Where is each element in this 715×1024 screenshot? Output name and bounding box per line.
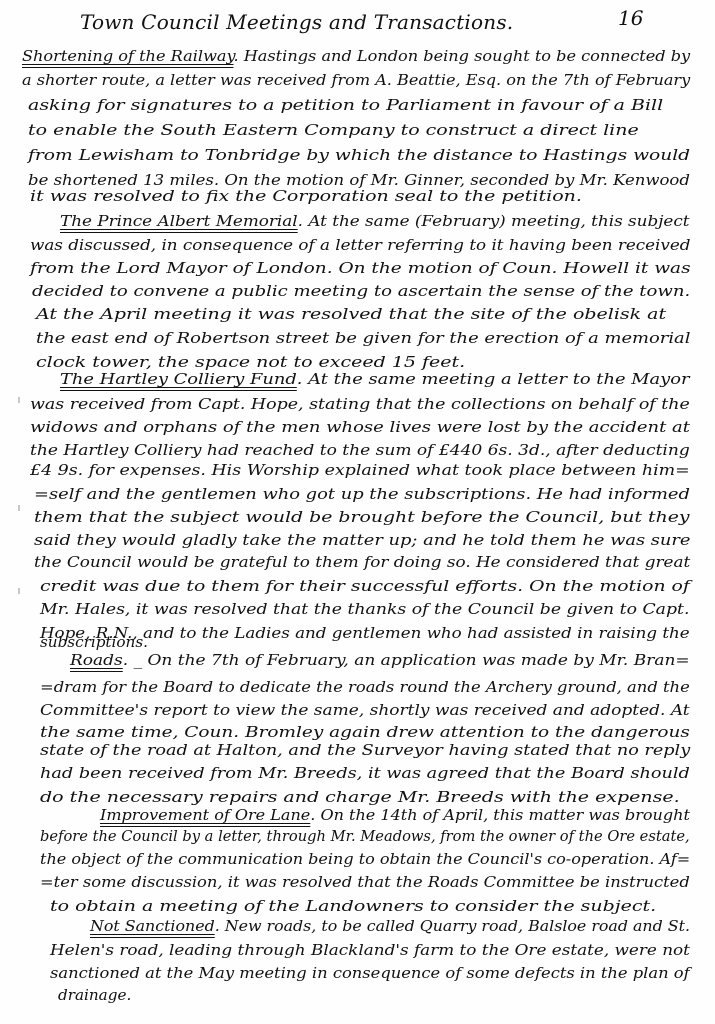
line-text: . New roads, to be called Quarry road, B… bbox=[215, 917, 690, 935]
line-text: a shorter route, a letter was received f… bbox=[22, 71, 690, 89]
text-line: =ter some discussion, it was resolved th… bbox=[40, 872, 690, 892]
line-text: it was resolved to fix the Corporation s… bbox=[30, 187, 582, 205]
text-line: the object of the communication being to… bbox=[40, 849, 690, 869]
line-text: sanctioned at the May meeting in consequ… bbox=[50, 964, 690, 982]
text-line: was received from Capt. Hope, stating th… bbox=[30, 394, 690, 414]
text-line: from the Lord Mayor of London. On the mo… bbox=[30, 258, 691, 278]
manuscript-page: Town Council Meetings and Transactions. … bbox=[0, 0, 715, 1024]
line-text: state of the road at Halton, and the Sur… bbox=[40, 741, 690, 759]
line-text: credit was due to them for their success… bbox=[40, 577, 690, 595]
section-heading: The Hartley Colliery Fund bbox=[60, 370, 297, 388]
text-line: state of the road at Halton, and the Sur… bbox=[40, 740, 690, 760]
text-line: before the Council by a letter, through … bbox=[40, 826, 690, 846]
text-line: to obtain a meeting of the Landowners to… bbox=[50, 896, 656, 916]
page-number: 16 bbox=[618, 6, 643, 30]
text-line: the Council would be grateful to them fo… bbox=[34, 552, 690, 572]
text-line: do the necessary repairs and charge Mr. … bbox=[40, 787, 680, 807]
text-line: subscriptions. bbox=[40, 632, 148, 652]
section-heading-line: The Prince Albert Memorial. At the same … bbox=[60, 211, 690, 231]
line-text: decided to convene a public meeting to a… bbox=[32, 282, 690, 300]
section-heading-line: Shortening of the Railway. Hastings and … bbox=[22, 46, 690, 66]
text-line: the same time, Coun. Bromley again drew … bbox=[40, 722, 690, 742]
text-line: said they would gladly take the matter u… bbox=[34, 530, 690, 550]
line-text: . Hastings and London being sought to be… bbox=[233, 47, 690, 65]
line-text: =dram for the Board to dedicate the road… bbox=[40, 678, 690, 696]
line-text: before the Council by a letter, through … bbox=[40, 827, 690, 845]
text-line: the east end of Robertson street be give… bbox=[36, 328, 690, 348]
line-text: the object of the communication being to… bbox=[40, 850, 690, 868]
text-line: =dram for the Board to dedicate the road… bbox=[40, 677, 690, 697]
text-line: was discussed, in consequence of a lette… bbox=[30, 235, 690, 255]
line-text: the Council would be grateful to them fo… bbox=[34, 553, 690, 571]
text-line: them that the subject would be brought b… bbox=[34, 507, 690, 527]
text-line: Committee's report to view the same, sho… bbox=[40, 700, 690, 720]
line-text: said they would gladly take the matter u… bbox=[34, 531, 690, 549]
margin-mark bbox=[18, 505, 20, 511]
line-text: them that the subject would be brought b… bbox=[34, 508, 690, 526]
section-heading: Shortening of the Railway bbox=[22, 47, 233, 65]
text-line: At the April meeting it was resolved tha… bbox=[36, 304, 666, 324]
line-text: the east end of Robertson street be give… bbox=[36, 329, 690, 347]
line-text: the same time, Coun. Bromley again drew … bbox=[40, 723, 690, 741]
section-heading-line: Improvement of Ore Lane. On the 14th of … bbox=[100, 805, 690, 825]
text-line: =self and the gentlemen who got up the s… bbox=[34, 484, 690, 504]
line-text: At the April meeting it was resolved tha… bbox=[36, 305, 666, 323]
section-heading: Roads bbox=[70, 651, 123, 669]
section-heading: Not Sanctioned bbox=[90, 917, 215, 935]
line-text: drainage. bbox=[58, 986, 131, 1004]
line-text: asking for signatures to a petition to P… bbox=[28, 96, 663, 114]
margin-mark bbox=[18, 588, 20, 594]
line-text: =self and the gentlemen who got up the s… bbox=[34, 485, 690, 503]
page-header-title: Town Council Meetings and Transactions. bbox=[80, 10, 513, 34]
text-line: to enable the South Eastern Company to c… bbox=[28, 120, 639, 140]
section-heading-line: The Hartley Colliery Fund. At the same m… bbox=[60, 369, 690, 389]
line-text: subscriptions. bbox=[40, 633, 148, 651]
line-text: . At the same (February) meeting, this s… bbox=[298, 212, 690, 230]
line-text: to enable the South Eastern Company to c… bbox=[28, 121, 639, 139]
text-line: it was resolved to fix the Corporation s… bbox=[30, 186, 582, 206]
line-text: from Lewisham to Tonbridge by which the … bbox=[28, 146, 690, 164]
text-line: from Lewisham to Tonbridge by which the … bbox=[28, 145, 690, 165]
text-line: sanctioned at the May meeting in consequ… bbox=[50, 963, 690, 983]
line-text: Mr. Hales, it was resolved that the than… bbox=[40, 600, 689, 618]
line-text: widows and orphans of the men whose live… bbox=[30, 418, 690, 436]
section-heading: The Prince Albert Memorial bbox=[60, 212, 298, 230]
line-text: Committee's report to view the same, sho… bbox=[40, 701, 690, 719]
text-line: credit was due to them for their success… bbox=[40, 576, 690, 596]
line-text: . _ On the 7th of February, an applicati… bbox=[123, 651, 690, 669]
text-line: Mr. Hales, it was resolved that the than… bbox=[40, 599, 689, 619]
text-line: the Hartley Colliery had reached to the … bbox=[30, 440, 690, 460]
text-line: widows and orphans of the men whose live… bbox=[30, 417, 690, 437]
line-text: Helen's road, leading through Blackland'… bbox=[50, 941, 690, 959]
line-text: . At the same meeting a letter to the Ma… bbox=[297, 370, 690, 388]
text-line: decided to convene a public meeting to a… bbox=[32, 281, 690, 301]
section-heading-line: Not Sanctioned. New roads, to be called … bbox=[90, 916, 690, 936]
text-line: had been received from Mr. Breeds, it wa… bbox=[40, 763, 690, 783]
text-line: drainage. bbox=[58, 985, 131, 1005]
line-text: do the necessary repairs and charge Mr. … bbox=[40, 788, 680, 806]
line-text: . On the 14th of April, this matter was … bbox=[310, 806, 690, 824]
line-text: had been received from Mr. Breeds, it wa… bbox=[40, 764, 690, 782]
line-text: £4 9s. for expenses. His Worship explain… bbox=[30, 461, 690, 479]
line-text: to obtain a meeting of the Landowners to… bbox=[50, 897, 656, 915]
line-text: from the Lord Mayor of London. On the mo… bbox=[30, 259, 691, 277]
text-line: Helen's road, leading through Blackland'… bbox=[50, 940, 690, 960]
margin-mark bbox=[18, 397, 20, 403]
line-text: =ter some discussion, it was resolved th… bbox=[40, 873, 690, 891]
text-line: £4 9s. for expenses. His Worship explain… bbox=[30, 460, 690, 480]
line-text: was received from Capt. Hope, stating th… bbox=[30, 395, 690, 413]
text-line: asking for signatures to a petition to P… bbox=[28, 95, 663, 115]
line-text: was discussed, in consequence of a lette… bbox=[30, 236, 690, 254]
text-line: a shorter route, a letter was received f… bbox=[22, 70, 690, 90]
line-text: the Hartley Colliery had reached to the … bbox=[30, 441, 690, 459]
section-heading-line: Roads. _ On the 7th of February, an appl… bbox=[70, 650, 690, 670]
section-heading: Improvement of Ore Lane bbox=[100, 806, 310, 824]
